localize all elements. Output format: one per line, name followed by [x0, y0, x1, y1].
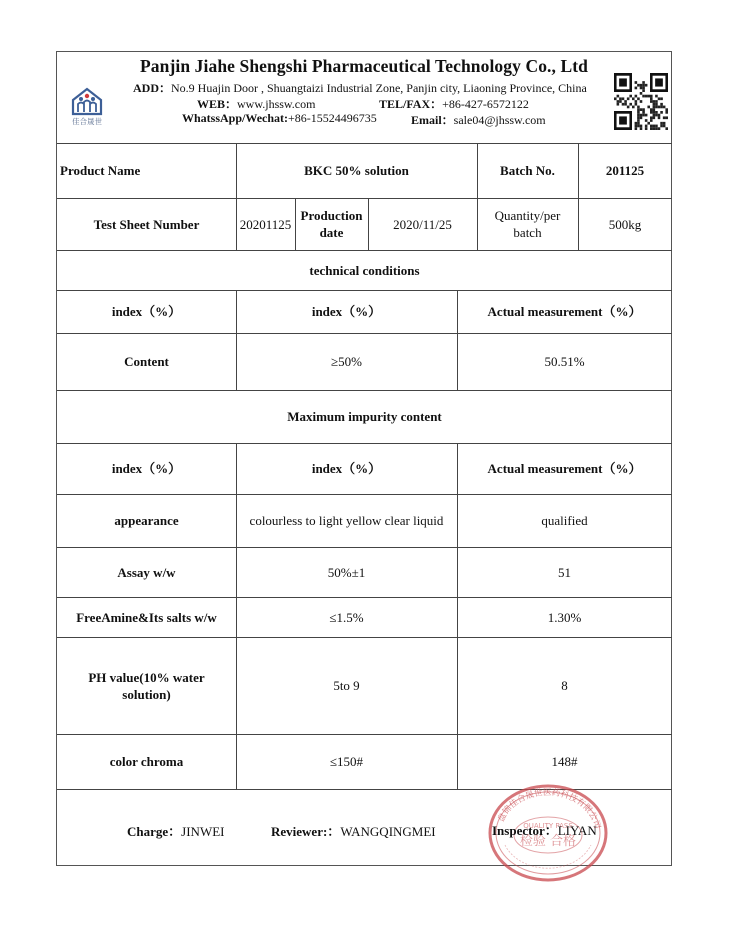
- imp-row-freeamine-actual: 1.30%: [457, 597, 672, 637]
- charge-value: JINWEI: [181, 824, 224, 839]
- inspector-value: LIYAN: [558, 823, 597, 838]
- inspector-label: Inspector：: [492, 823, 558, 838]
- qr-code-icon: [614, 73, 668, 130]
- web-line: WEB：www.jhssw.com: [197, 95, 315, 112]
- address-label: ADD：: [133, 81, 171, 95]
- web-value[interactable]: www.jhssw.com: [237, 97, 315, 111]
- whatsapp-line: WhatssApp/Wechat:+86-15524496735: [182, 111, 377, 126]
- reviewer-field: Reviewer:：WANGQINGMEI: [271, 821, 436, 840]
- imp-row-ph-label: PH value(10% water solution): [57, 637, 236, 734]
- imp-row-assay-label: Assay w/w: [57, 547, 236, 597]
- imp-row-chroma-actual: 148#: [457, 734, 672, 789]
- certificate-sheet: Panjin Jiahe Shengshi Pharmaceutical Tec…: [56, 51, 672, 866]
- imp-row-appearance-actual: qualified: [457, 494, 672, 547]
- charge-field: Charge：JINWEI: [127, 821, 225, 840]
- imp-row-chroma-spec: ≤150#: [236, 734, 457, 789]
- impurity-section-title: Maximum impurity content: [57, 390, 672, 443]
- web-label: WEB：: [197, 97, 237, 111]
- imp-row-assay-actual: 51: [457, 547, 672, 597]
- whatsapp-label: WhatssApp/Wechat:: [182, 111, 288, 125]
- imp-row-freeamine-spec: ≤1.5%: [236, 597, 457, 637]
- imp-row-freeamine-label: FreeAmine&Its salts w/w: [57, 597, 236, 637]
- address-line: ADD：No.9 Huajin Door , Shuangtaizi Indus…: [133, 79, 587, 96]
- tech-header-actual: Actual measurement（%）: [457, 290, 672, 333]
- technical-section-title: technical conditions: [57, 250, 672, 290]
- house-people-logo-icon: 佳合晟世: [69, 84, 105, 128]
- tel-value: +86-427-6572122: [442, 97, 529, 111]
- tech-header-index-2: index（%）: [236, 290, 457, 333]
- test-sheet-label: Test Sheet Number: [57, 198, 236, 250]
- email-value[interactable]: sale04@jhssw.com: [454, 113, 546, 127]
- quantity-label: Quantity/per batch: [477, 198, 578, 250]
- company-name: Panjin Jiahe Shengshi Pharmaceutical Tec…: [57, 56, 671, 77]
- quantity-value: 500kg: [578, 198, 672, 250]
- reviewer-label: Reviewer:：: [271, 824, 340, 839]
- tel-label: TEL/FAX：: [379, 97, 442, 111]
- imp-row-assay-spec: 50%±1: [236, 547, 457, 597]
- tech-header-index: index（%）: [57, 290, 236, 333]
- imp-header-index-2: index（%）: [236, 443, 457, 494]
- inspector-field: Inspector：LIYAN: [492, 820, 597, 839]
- batch-no-value: 201125: [578, 143, 672, 198]
- production-date-label: Production date: [295, 198, 368, 250]
- email-line: Email：sale04@jhssw.com: [411, 111, 546, 128]
- batch-no-label: Batch No.: [477, 143, 578, 198]
- imp-row-appearance-spec: colourless to light yellow clear liquid: [236, 494, 457, 547]
- tech-row-content-actual: 50.51%: [457, 333, 672, 390]
- whatsapp-value: +86-15524496735: [288, 111, 377, 125]
- product-name-value: BKC 50% solution: [236, 143, 477, 198]
- logo-text: 佳合晟世: [72, 116, 102, 126]
- reviewer-value: WANGQINGMEI: [340, 824, 435, 839]
- divider: [57, 789, 672, 790]
- imp-row-ph-spec: 5to 9: [236, 637, 457, 734]
- product-name-label: Product Name: [57, 143, 236, 198]
- imp-header-actual: Actual measurement（%）: [457, 443, 672, 494]
- tech-row-content-spec: ≥50%: [236, 333, 457, 390]
- tel-line: TEL/FAX：+86-427-6572122: [379, 95, 529, 112]
- imp-row-ph-actual: 8: [457, 637, 672, 734]
- charge-label: Charge：: [127, 824, 181, 839]
- address-value: No.9 Huajin Door , Shuangtaizi Industria…: [171, 81, 587, 95]
- imp-header-index: index（%）: [57, 443, 236, 494]
- test-sheet-value: 20201125: [236, 198, 295, 250]
- production-date-value: 2020/11/25: [368, 198, 477, 250]
- imp-row-chroma-label: color chroma: [57, 734, 236, 789]
- email-label: Email：: [411, 113, 454, 127]
- imp-row-appearance-label: appearance: [57, 494, 236, 547]
- tech-row-content-label: Content: [57, 333, 236, 390]
